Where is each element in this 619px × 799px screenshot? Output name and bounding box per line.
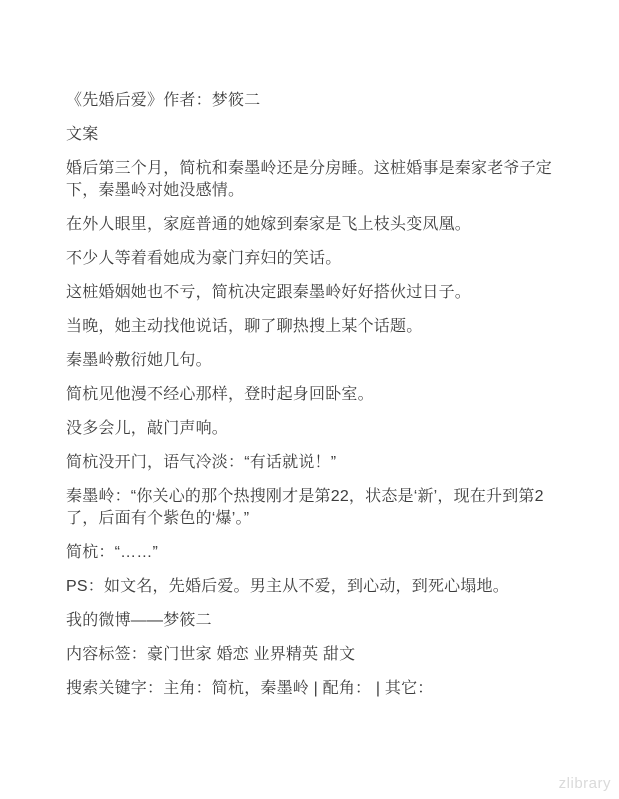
paragraph-search-keywords: 搜索关键字：主角：简杭，秦墨岭 | 配角： | 其它： (66, 678, 555, 700)
paragraph: 婚后第三个月，简杭和秦墨岭还是分房睡。这桩婚事是秦家老爷子定下，秦墨岭对她没感情… (66, 158, 555, 202)
paragraph: 秦墨岭敷衍她几句。 (66, 350, 555, 372)
paragraph-weibo: 我的微博——梦筱二 (66, 610, 555, 632)
paragraph: 简杭见他漫不经心那样，登时起身回卧室。 (66, 384, 555, 406)
book-title-line: 《先婚后爱》作者：梦筱二 (66, 90, 555, 112)
document-page: 《先婚后爱》作者：梦筱二 文案 婚后第三个月，简杭和秦墨岭还是分房睡。这桩婚事是… (0, 0, 619, 799)
paragraph: 这桩婚姻她也不亏，简杭决定跟秦墨岭好好搭伙过日子。 (66, 282, 555, 304)
paragraph: 秦墨岭：“你关心的那个热搜刚才是第22，状态是‘新’，现在升到第2了，后面有个紫… (66, 486, 555, 530)
paragraph: 没多会儿，敲门声响。 (66, 418, 555, 440)
section-label: 文案 (66, 124, 555, 146)
paragraph: 不少人等着看她成为豪门弃妇的笑话。 (66, 248, 555, 270)
watermark: zlibrary (559, 775, 611, 792)
paragraph: 当晚，她主动找他说话，聊了聊热搜上某个话题。 (66, 316, 555, 338)
paragraph-ps-note: PS：如文名，先婚后爱。男主从不爱，到心动，到死心塌地。 (66, 576, 555, 598)
paragraph-content-tags: 内容标签：豪门世家 婚恋 业界精英 甜文 (66, 644, 555, 666)
novel-blurb: 《先婚后爱》作者：梦筱二 文案 婚后第三个月，简杭和秦墨岭还是分房睡。这桩婚事是… (66, 90, 555, 712)
paragraph: 在外人眼里，家庭普通的她嫁到秦家是飞上枝头变凤凰。 (66, 214, 555, 236)
paragraph: 简杭：“……” (66, 542, 555, 564)
paragraph: 简杭没开门，语气冷淡：“有话就说！” (66, 452, 555, 474)
